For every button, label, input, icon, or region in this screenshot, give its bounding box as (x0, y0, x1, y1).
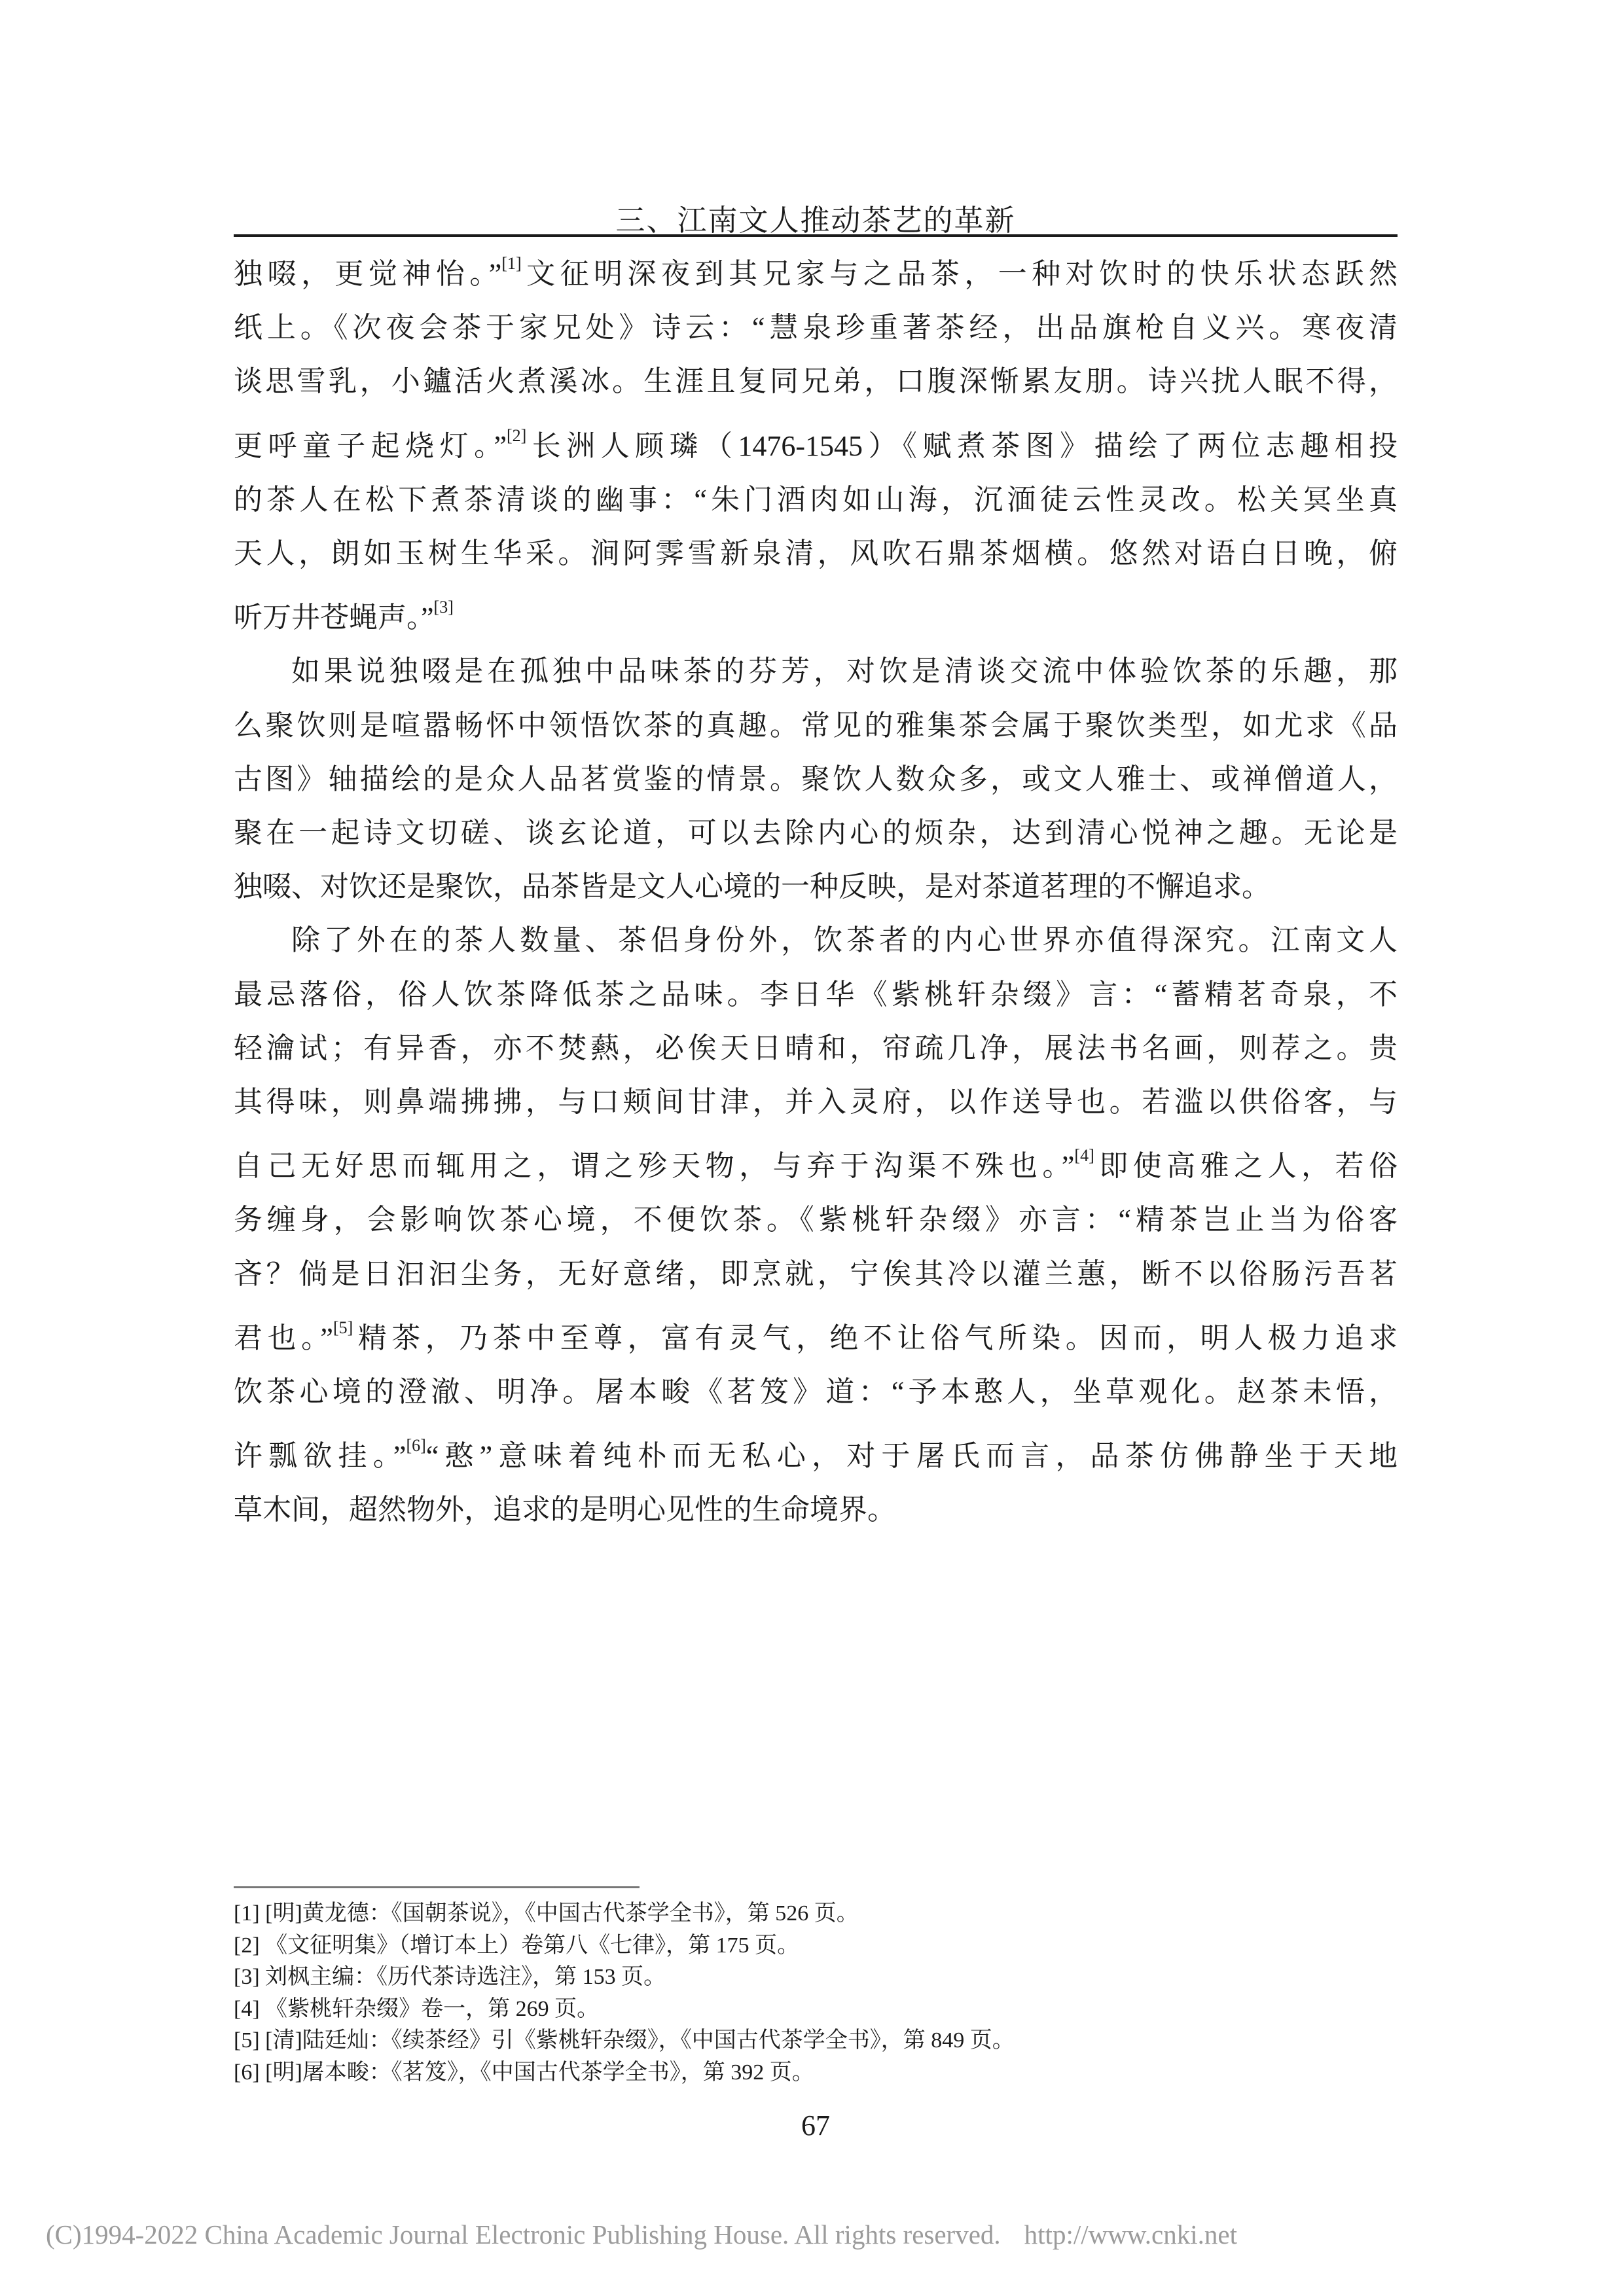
body-line: 吝？倘是日汩汩尘务，无好意绪，即烹就，宁俟其冷以灌兰蕙，断不以俗肠污吾茗 (234, 1247, 1398, 1301)
text-run: 轻瀹试；有异香，亦不焚爇，必俟天日晴和，帘疏几净，展法书名画，则荐之。贵 (234, 1032, 1398, 1064)
body-line: 君也。”[5]精茶，乃茶中至尊，富有灵气，绝不让俗气所染。因而，明人极力追求 (234, 1301, 1398, 1365)
text-run: 么聚饮则是喧嚣畅怀中领悟饮茶的真趣。常见的雅集茶会属于聚饮类型，如尤求《品 (234, 709, 1398, 742)
footnote-marker: [1] (501, 254, 521, 273)
footnote-marker: [4] (1074, 1146, 1094, 1165)
footnote-item: [1] [明]黄龙德：《国朝茶说》，《中国古代茶学全书》，第 526 页。 (234, 1898, 1398, 1930)
text-run: 草木间，超然物外，追求的是明心见性的生命境界。 (234, 1494, 896, 1526)
text-run: 君也。” (234, 1322, 333, 1354)
paragraph: 如果说独啜是在孤独中品味茶的芬芳，对饮是清谈交流中体验饮茶的乐趣，那么聚饮则是喧… (234, 645, 1398, 914)
body-text: 独啜，更觉神怡。”[1]文征明深夜到其兄家与之品茶，一种对饮时的快乐状态跃然纸上… (234, 237, 1398, 1537)
footnote-marker: [5] (333, 1318, 353, 1337)
page-title: 三、江南文人推动茶艺的革新 (234, 196, 1398, 239)
text-run: 的茶人在松下煮茶清谈的幽事：“朱门酒肉如山海，沉湎徒云性灵改。松关冥坐真 (234, 484, 1398, 516)
body-line: 自己无好思而辄用之，谓之殄天物，与弃于沟渠不殊也。”[4]即使高雅之人，若俗 (234, 1129, 1398, 1193)
text-run: 其得味，则鼻端拂拂，与口颊间甘津，并入灵府，以作送导也。若滥以供俗客，与 (234, 1086, 1398, 1118)
body-line: 古图》轴描绘的是众人品茗赏鉴的情景。聚饮人数众多，或文人雅士、或禅僧道人， (234, 753, 1398, 806)
text-run: 文征明深夜到其兄家与之品茶，一种对饮时的快乐状态跃然 (522, 258, 1398, 290)
body-line: 独啜，更觉神怡。”[1]文征明深夜到其兄家与之品茶，一种对饮时的快乐状态跃然 (234, 237, 1398, 301)
text-run: 即使高雅之人，若俗 (1094, 1150, 1398, 1182)
paragraph: 独啜，更觉神怡。”[1]文征明深夜到其兄家与之品茶，一种对饮时的快乐状态跃然纸上… (234, 237, 1398, 645)
footnote-item: [3] 刘枫主编：《历代茶诗选注》，第 153 页。 (234, 1962, 1398, 1994)
body-line: 轻瀹试；有异香，亦不焚爇，必俟天日晴和，帘疏几净，展法书名画，则荐之。贵 (234, 1022, 1398, 1075)
text-run: “憨”意味着纯朴而无私心，对于屠氏而言，品茶仿佛静坐于天地 (426, 1440, 1398, 1472)
footnote-item: [5] [清]陆廷灿：《续茶经》引《紫桃轩杂缀》，《中国古代茶学全书》，第 84… (234, 2025, 1398, 2057)
text-run: 除了外在的茶人数量、茶侣身份外，饮茶者的内心世界亦值得深究。江南文人 (291, 924, 1398, 956)
text-run: 听万井苍蝇声。” (234, 601, 434, 634)
body-line: 最忌落俗，俗人饮茶降低茶之品味。李日华《紫桃轩杂缀》言：“蓄精茗奇泉，不 (234, 968, 1398, 1022)
text-run: 纸上。《次夜会茶于家兄处》诗云：“慧泉珍重著茶经，出品旗枪自义兴。寒夜清 (234, 312, 1398, 344)
text-run: 吝？倘是日汩汩尘务，无好意绪，即烹就，宁俟其冷以灌兰蕙，断不以俗肠污吾茗 (234, 1258, 1398, 1290)
footnote-divider (234, 1886, 640, 1888)
footer-copyright: (C)1994-2022 China Academic Journal Elec… (46, 2219, 1001, 2250)
footnote-item: [2] 《文征明集》（增订本上）卷第八《七律》，第 175 页。 (234, 1930, 1398, 1962)
footnote-item: [4] 《紫桃轩杂缀》卷一，第 269 页。 (234, 1994, 1398, 2026)
footnote-item: [6] [明]屠本畯：《茗笈》，《中国古代茶学全书》，第 392 页。 (234, 2057, 1398, 2089)
footer-url: http://www.cnki.net (1024, 2219, 1237, 2250)
body-line: 的茶人在松下煮茶清谈的幽事：“朱门酒肉如山海，沉湎徒云性灵改。松关冥坐真 (234, 473, 1398, 527)
paragraph: 除了外在的茶人数量、茶侣身份外，饮茶者的内心世界亦值得深究。江南文人最忌落俗，俗… (234, 914, 1398, 1537)
body-line: 更呼童子起烧灯。”[2]长洲人顾璘（1476-1545）《赋煮茶图》描绘了两位志… (234, 409, 1398, 473)
body-line: 么聚饮则是喧嚣畅怀中领悟饮茶的真趣。常见的雅集茶会属于聚饮类型，如尤求《品 (234, 699, 1398, 753)
text-run: 古图》轴描绘的是众人品茗赏鉴的情景。聚饮人数众多，或文人雅士、或禅僧道人， (234, 763, 1398, 795)
footnotes-list: [1] [明]黄龙德：《国朝茶说》，《中国古代茶学全书》，第 526 页。[2]… (234, 1898, 1398, 2089)
text-run: 更呼童子起烧灯。” (234, 430, 507, 462)
body-line: 纸上。《次夜会茶于家兄处》诗云：“慧泉珍重著茶经，出品旗枪自义兴。寒夜清 (234, 301, 1398, 355)
body-line: 听万井苍蝇声。”[3] (234, 581, 1398, 645)
footnote-marker: [2] (507, 426, 526, 445)
footnote-marker: [6] (406, 1436, 425, 1455)
text-run: 谈思雪乳，小鑪活火煮溪冰。生涯且复同兄弟，口腹深惭累友朋。诗兴扰人眠不得， (234, 365, 1398, 397)
footnote-marker: [3] (434, 598, 454, 617)
body-line: 许瓢欲挂。”[6]“憨”意味着纯朴而无私心，对于屠氏而言，品茶仿佛静坐于天地 (234, 1419, 1398, 1483)
text-run: 长洲人顾璘（1476-1545）《赋煮茶图》描绘了两位志趣相投 (526, 430, 1398, 462)
text-run: 天人，朗如玉树生华采。涧阿霁雪新泉清，风吹石鼎茶烟横。悠然对语白日晚，俯 (234, 537, 1398, 569)
body-line: 天人，朗如玉树生华采。涧阿霁雪新泉清，风吹石鼎茶烟横。悠然对语白日晚，俯 (234, 527, 1398, 581)
body-line: 如果说独啜是在孤独中品味茶的芬芳，对饮是清谈交流中体验饮茶的乐趣，那 (234, 645, 1398, 698)
body-line: 务缠身，会影响饮茶心境，不便饮茶。《紫桃轩杂缀》亦言：“精茶岂止当为俗客 (234, 1193, 1398, 1247)
text-run: 独啜，更觉神怡。” (234, 258, 501, 290)
text-run: 务缠身，会影响饮茶心境，不便饮茶。《紫桃轩杂缀》亦言：“精茶岂止当为俗客 (234, 1204, 1398, 1236)
text-run: 最忌落俗，俗人饮茶降低茶之品味。李日华《紫桃轩杂缀》言：“蓄精茗奇泉，不 (234, 978, 1398, 1011)
document-page: 三、江南文人推动茶艺的革新 独啜，更觉神怡。”[1]文征明深夜到其兄家与之品茶，… (0, 0, 1624, 2296)
footer: (C)1994-2022 China Academic Journal Elec… (46, 2219, 1237, 2250)
body-line: 谈思雪乳，小鑪活火煮溪冰。生涯且复同兄弟，口腹深惭累友朋。诗兴扰人眠不得， (234, 355, 1398, 408)
body-line: 其得味，则鼻端拂拂，与口颊间甘津，并入灵府，以作送导也。若滥以供俗客，与 (234, 1075, 1398, 1129)
text-run: 聚在一起诗文切磋、谈玄论道，可以去除内心的烦杂，达到清心悦神之趣。无论是 (234, 817, 1398, 849)
text-run: 饮茶心境的澄澈、明净。屠本畯《茗笈》道：“予本憨人，坐草观化。赵茶未悟， (234, 1376, 1398, 1408)
text-run: 自己无好思而辄用之，谓之殄天物，与弃于沟渠不殊也。” (234, 1150, 1074, 1182)
body-line: 饮茶心境的澄澈、明净。屠本畯《茗笈》道：“予本憨人，坐草观化。赵茶未悟， (234, 1365, 1398, 1419)
body-line: 草木间，超然物外，追求的是明心见性的生命境界。 (234, 1483, 1398, 1537)
body-line: 聚在一起诗文切磋、谈玄论道，可以去除内心的烦杂，达到清心悦神之趣。无论是 (234, 806, 1398, 860)
text-run: 许瓢欲挂。” (234, 1440, 406, 1472)
page-number: 67 (234, 2109, 1398, 2142)
text-run: 如果说独啜是在孤独中品味茶的芬芳，对饮是清谈交流中体验饮茶的乐趣，那 (291, 655, 1398, 687)
body-line: 除了外在的茶人数量、茶侣身份外，饮茶者的内心世界亦值得深究。江南文人 (234, 914, 1398, 967)
body-line: 独啜、对饮还是聚饮，品茶皆是文人心境的一种反映，是对茶道茗理的不懈追求。 (234, 860, 1398, 914)
text-run: 精茶，乃茶中至尊，富有灵气，绝不让俗气所染。因而，明人极力追求 (353, 1322, 1398, 1354)
text-run: 独啜、对饮还是聚饮，品茶皆是文人心境的一种反映，是对茶道茗理的不懈追求。 (234, 870, 1271, 903)
